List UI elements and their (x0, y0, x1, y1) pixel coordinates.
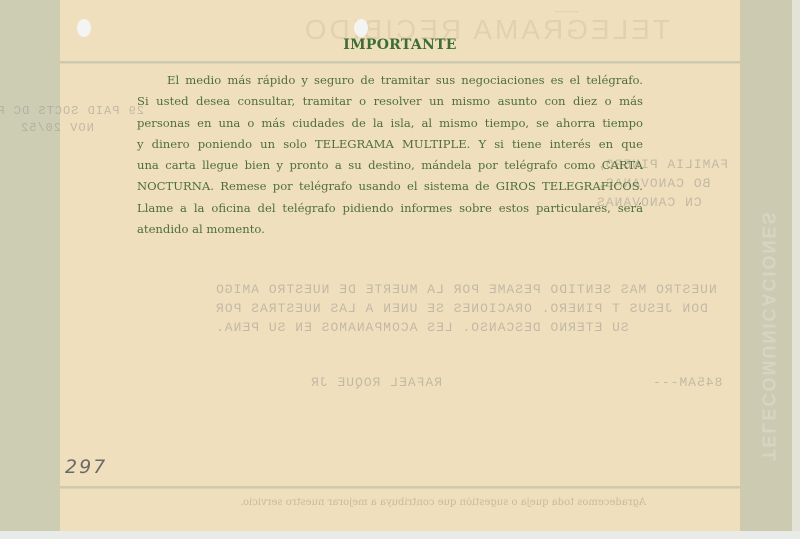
bottom-rule (60, 486, 740, 489)
notice-line: una carta llegue bien y pronto a su dest… (137, 155, 643, 176)
punch-hole-left (77, 19, 91, 37)
notice-line: y dinero poniendo un solo TELEGRAMA MULT… (137, 134, 643, 155)
top-rule (60, 61, 740, 64)
reverse-message-line-3: SU ETERNO DESCANSO. LES ACOMPANAMOS EN S… (215, 318, 629, 337)
notice-line: Llame a la oficina del telégrafo pidiend… (137, 198, 643, 219)
notice-line: El medio más rápido y seguro de tramitar… (137, 70, 643, 91)
notice-line: Si usted desea consultar, tramitar o res… (137, 91, 643, 112)
footer-show-through: Agradecemos toda queja o sugestión que c… (240, 497, 646, 508)
important-notice-text: El medio más rápido y seguro de tramitar… (137, 70, 643, 240)
handwritten-number: 297 (65, 456, 107, 478)
heading: IMPORTANTE (0, 37, 800, 53)
left-margin-strip (0, 0, 60, 531)
punch-hole-right (354, 19, 368, 37)
reverse-message-line-1: NUESTRO MAS SENTIDO PESAME POR LA MUERTE… (215, 280, 717, 299)
reverse-signature: RAFAEL ROQUE JR (310, 373, 442, 392)
telegram-sheet: TELECOMUNICACIONES ————— TELEGRAMA RECIB… (0, 0, 800, 531)
notice-line: personas en una o más ciudades de la isl… (137, 113, 643, 134)
margin-show-through: TELECOMUNICACIONES (758, 61, 779, 461)
reverse-message-line-2: DON JESUS T PINERO. ORACIONES SE UNEN A … (215, 299, 708, 318)
reverse-time-code: 845AM--- (652, 373, 722, 392)
notice-line: atendido al momento. (137, 219, 643, 240)
reverse-header-line-2: NOV 20/52 (20, 119, 94, 138)
notice-line: NOCTURNA. Remese por telégrafo usando el… (137, 176, 643, 197)
right-edge (792, 0, 800, 531)
